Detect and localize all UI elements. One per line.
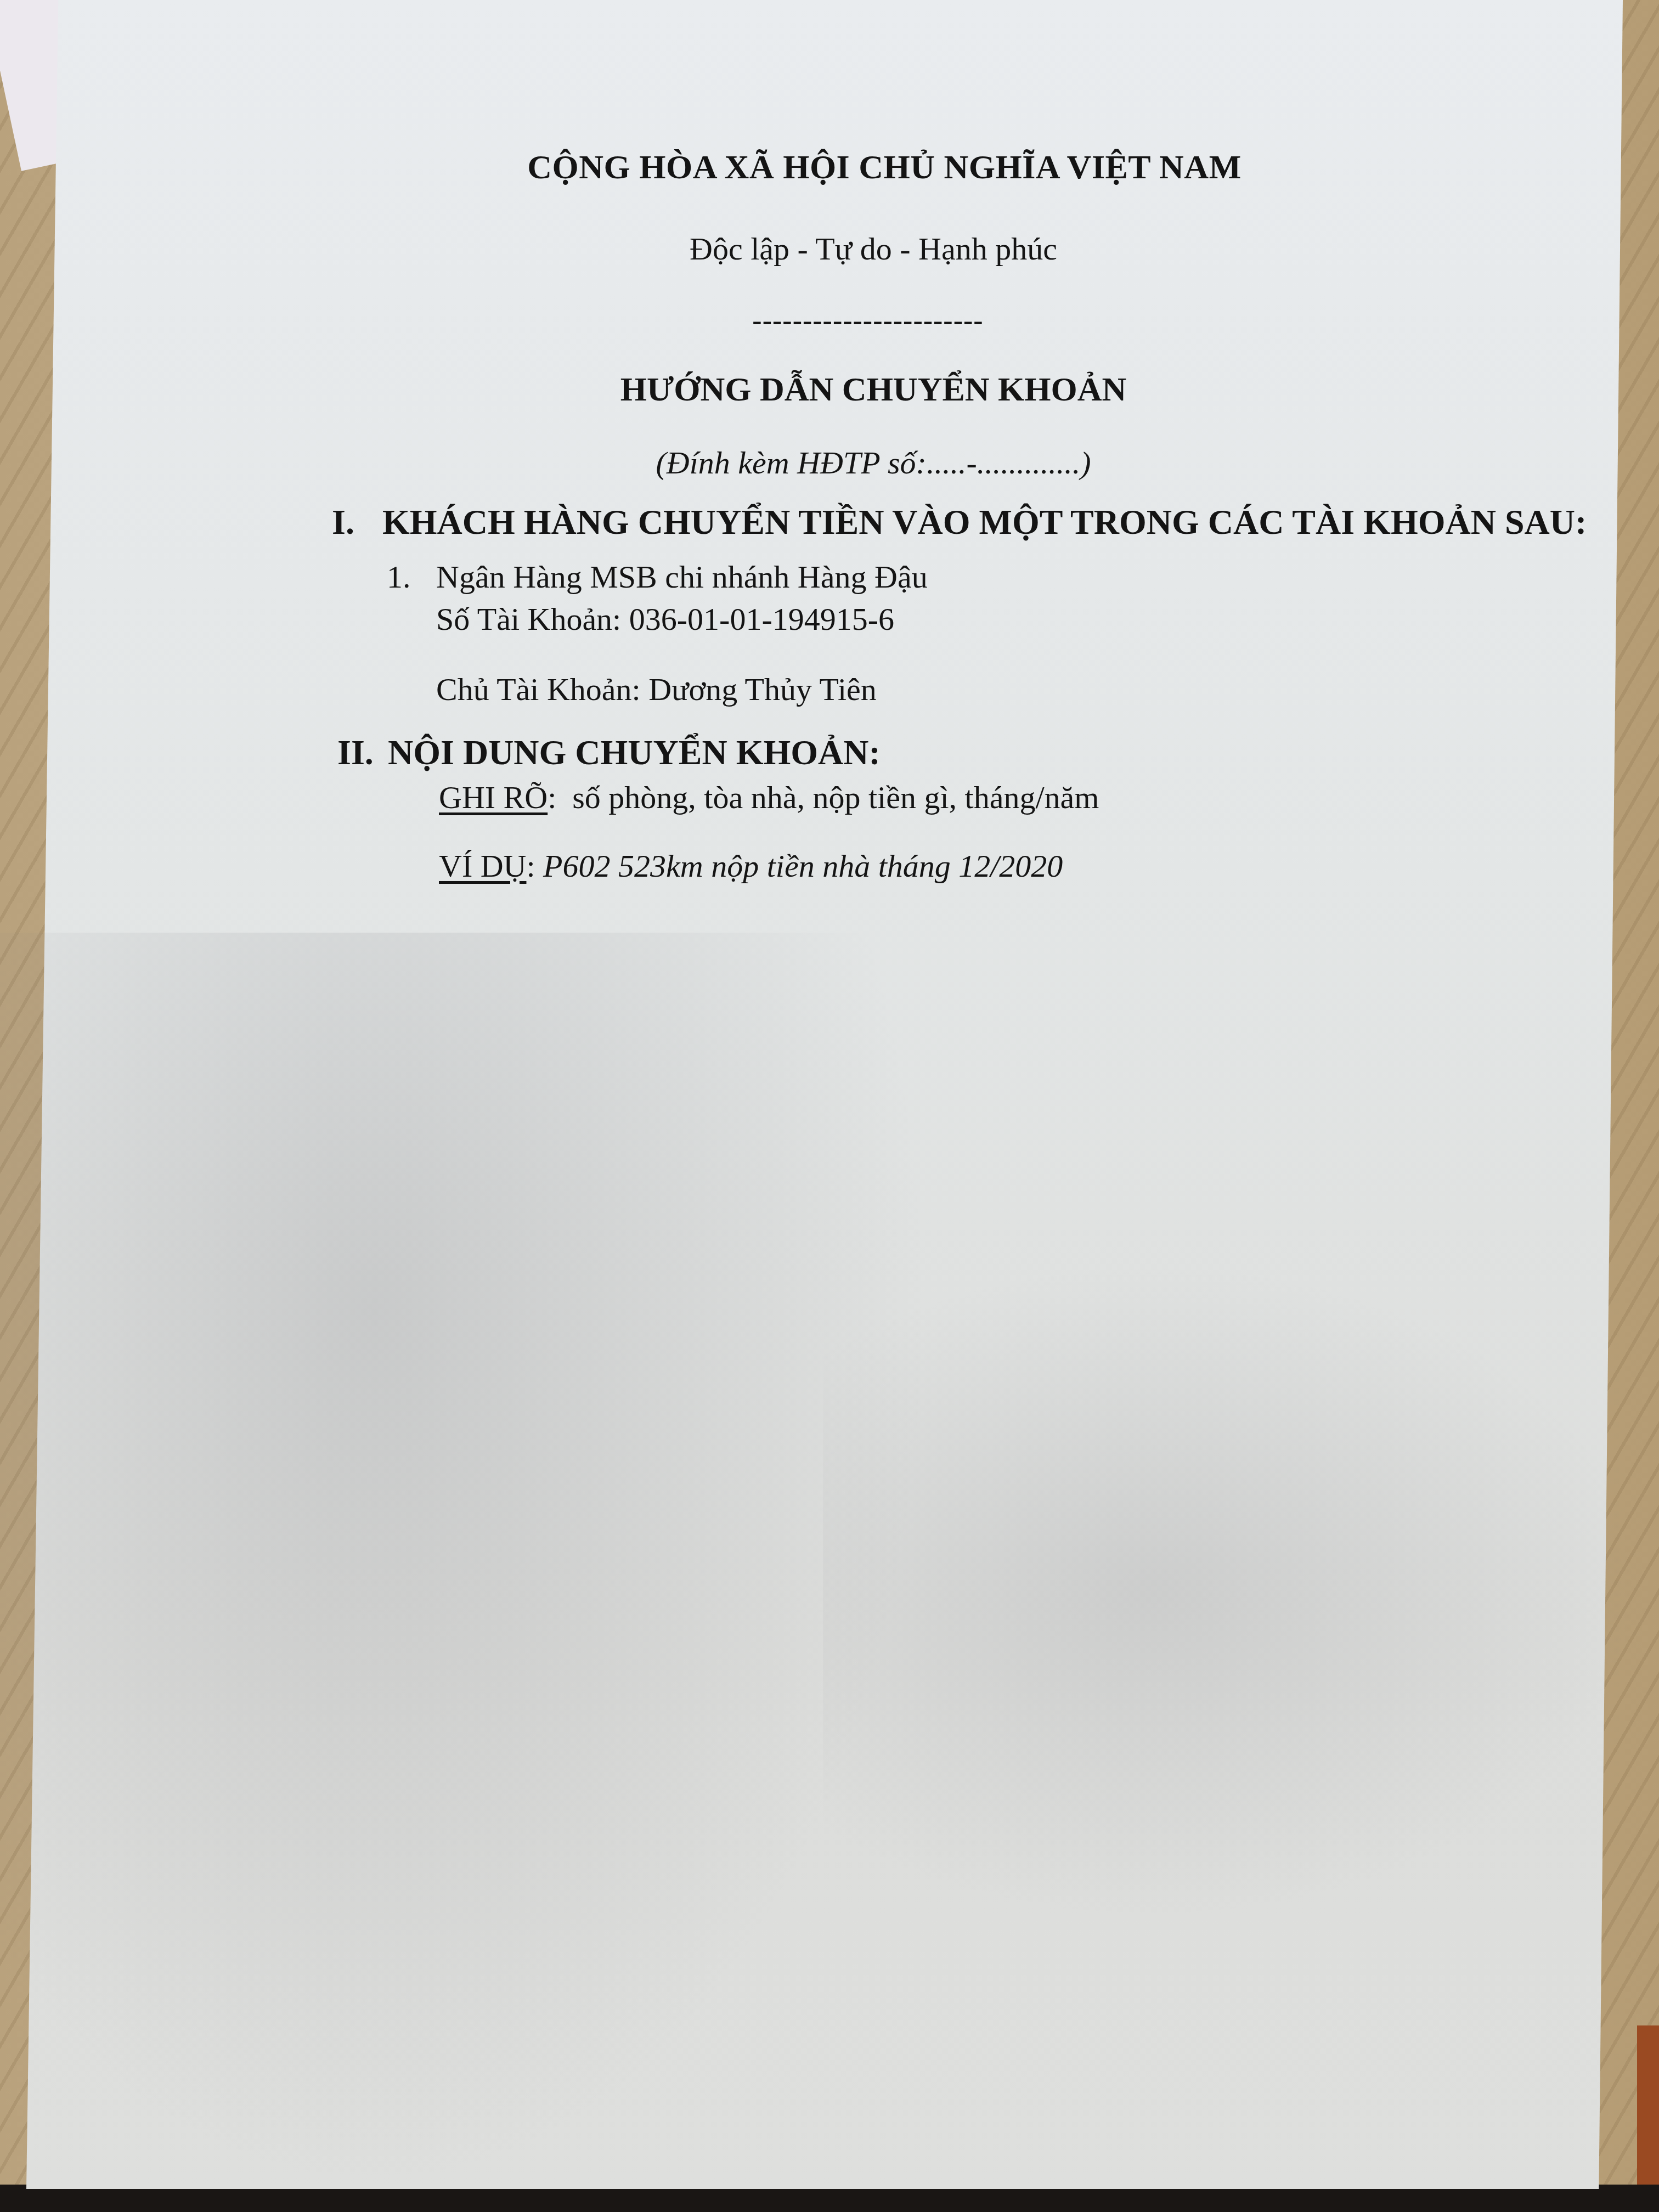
account-bank-line: 1.Ngân Hàng MSB chi nhánh Hàng Đậu	[387, 558, 928, 595]
account-number: 036-01-01-194915-6	[629, 601, 894, 637]
bank-name: Ngân Hàng MSB chi nhánh Hàng Đậu	[436, 559, 928, 595]
section-heading-content: II.NỘI DUNG CHUYỂN KHOẢN:	[337, 732, 881, 773]
section-title: KHÁCH HÀNG CHUYỂN TIỀN VÀO MỘT TRONG CÁC…	[382, 503, 1587, 541]
example-label: VÍ DỤ	[439, 848, 526, 884]
transfer-example-line: VÍ DỤ: P602 523km nộp tiền nhà tháng 12/…	[439, 848, 1063, 884]
section-heading-accounts: I.KHÁCH HÀNG CHUYỂN TIỀN VÀO MỘT TRONG C…	[332, 502, 1587, 543]
document-title: HƯỚNG DẪN CHUYỂN KHOẢN	[44, 370, 1659, 409]
section-number: I.	[332, 502, 382, 543]
account-number-label: Số Tài Khoản:	[436, 601, 621, 637]
account-holder-line: Chủ Tài Khoản: Dương Thủy Tiên	[436, 671, 877, 708]
transfer-note-line: GHI RÕ: số phòng, tòa nhà, nộp tiền gì, …	[439, 779, 1099, 816]
document-content: CỘNG HÒA XÃ HỘI CHỦ NGHĨA VIỆT NAM Độc l…	[0, 0, 1659, 2212]
motto: Độc lập - Tự do - Hạnh phúc	[44, 230, 1659, 267]
account-holder: Dương Thủy Tiên	[648, 672, 877, 707]
nation-header: CỘNG HÒA XÃ HỘI CHỦ NGHĨA VIỆT NAM	[55, 148, 1659, 187]
divider: -----------------------	[38, 304, 1659, 337]
account-index: 1.	[387, 558, 436, 595]
example-text: P602 523km nộp tiền nhà tháng 12/2020	[543, 848, 1063, 884]
account-number-line: Số Tài Khoản: 036-01-01-194915-6	[436, 601, 894, 637]
account-holder-label: Chủ Tài Khoản:	[436, 672, 641, 707]
note-label: GHI RÕ	[439, 780, 548, 815]
note-text: số phòng, tòa nhà, nộp tiền gì, tháng/nă…	[572, 780, 1099, 815]
document-subtitle: (Đính kèm HĐTP số:.....-.............)	[44, 444, 1659, 481]
section-number: II.	[337, 732, 388, 773]
section-title: NỘI DUNG CHUYỂN KHOẢN:	[388, 733, 881, 772]
